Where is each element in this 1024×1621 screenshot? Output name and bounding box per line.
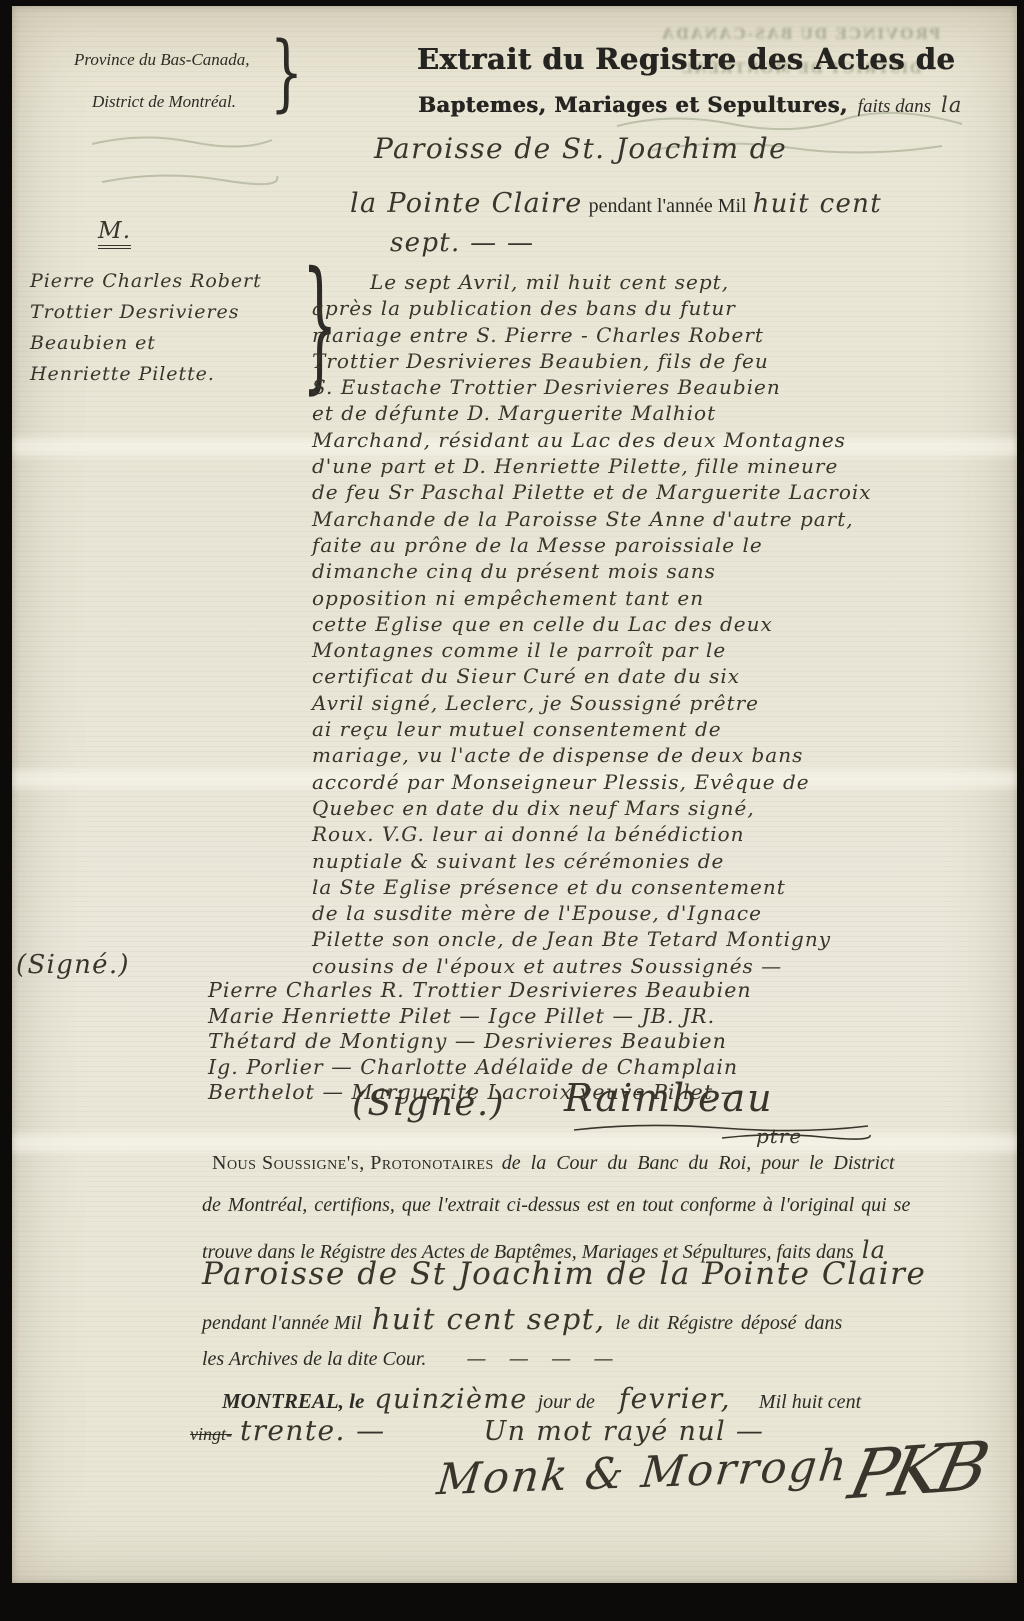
subtitle-handwritten: la bbox=[941, 93, 962, 117]
act-line: et de défunte D. Marguerite Malhiot bbox=[312, 401, 872, 427]
document-paper: PROVINCE DU BAS-CANADA DISTRICT DE MONTR… bbox=[12, 6, 1017, 1583]
act-line: cette Eglise que en celle du Lac des deu… bbox=[312, 612, 872, 638]
cert-line5-printed-1: pendant l'année Mil bbox=[202, 1312, 362, 1335]
act-line: mariage, vu l'acte de dispense de deux b… bbox=[312, 743, 872, 769]
cert-month-handwritten: fevrier, bbox=[619, 1382, 731, 1415]
act-line: Marchande de la Paroisse Ste Anne d'autr… bbox=[312, 507, 872, 533]
margin-m-label: M. bbox=[98, 218, 131, 244]
signe-label-2: (Signé.) bbox=[352, 1084, 505, 1124]
margin-name-line: Beaubien et bbox=[30, 328, 262, 359]
act-line: Marchand, résidant au Lac des deux Monta… bbox=[312, 428, 872, 454]
certification-line-7: MONTREAL, le quinzième jour de fevrier, … bbox=[222, 1382, 861, 1415]
signature-line: Marie Henriette Pilet — Igce Pillet — JB… bbox=[208, 1004, 752, 1030]
act-line: de feu Sr Paschal Pilette et de Margueri… bbox=[312, 480, 872, 506]
header-brace: } bbox=[270, 32, 303, 84]
cert-line1-rest: de la Cour du Banc du Roi, pour le Distr… bbox=[502, 1152, 895, 1175]
province-line: Province du Bas-Canada, bbox=[74, 50, 249, 70]
act-line: Le sept Avril, mil huit cent sept, bbox=[312, 270, 872, 296]
certification-line-6: les Archives de la dite Cour. — — — — bbox=[202, 1346, 622, 1371]
act-line: accordé par Monseigneur Plessis, Evêque … bbox=[312, 770, 872, 796]
margin-name-line: Trottier Desrivieres bbox=[30, 297, 262, 328]
cert-line5-printed-2: le dit Régistre déposé dans bbox=[615, 1312, 842, 1335]
margin-name-line: Henriette Pilette. bbox=[30, 359, 262, 390]
cert-raye-nul-handwritten: Un mot rayé nul — bbox=[483, 1416, 764, 1447]
act-line: Pilette son oncle, de Jean Bte Tetard Mo… bbox=[312, 927, 872, 953]
act-line: Roux. V.G. leur ai donné la bénédiction bbox=[312, 822, 872, 848]
act-line: mariage entre S. Pierre - Charles Robert bbox=[312, 323, 872, 349]
act-line: dimanche cinq du présent mois sans bbox=[312, 559, 872, 585]
act-line: Quebec en date du dix neuf Mars signé, bbox=[312, 796, 872, 822]
act-line: faite au prône de la Messe paroissiale l… bbox=[312, 533, 872, 559]
priest-signature: Raimbeau bbox=[564, 1076, 773, 1120]
cert-mil-huit-cent: Mil huit cent bbox=[759, 1391, 861, 1414]
act-body-text: Le sept Avril, mil huit cent sept,après … bbox=[312, 270, 872, 980]
act-line: Trottier Desrivieres Beaubien, fils de f… bbox=[312, 349, 872, 375]
prothonotary-signature: Monk & Morrogh bbox=[434, 1441, 851, 1506]
cert-day-handwritten: quinzième bbox=[374, 1384, 527, 1415]
parish-line-1: Paroisse de St. Joachim de bbox=[374, 132, 787, 165]
signe-margin-label: (Signé.) bbox=[16, 950, 130, 980]
prothonotary-monogram: PKB bbox=[842, 1428, 990, 1516]
scanned-document-page: { "header": { "province_line1": "Provinc… bbox=[0, 0, 1024, 1621]
certification-line-2: de Montréal, certifions, que l'extrait c… bbox=[202, 1194, 910, 1217]
bleedthrough-scribble bbox=[82, 124, 282, 204]
cert-jour-de: jour de bbox=[538, 1391, 595, 1414]
act-line: cousins de l'époux et autres Soussignés … bbox=[312, 954, 872, 980]
cert-smallcaps: Nous Soussigne's, Protonotaires bbox=[212, 1152, 494, 1175]
signature-flourish bbox=[572, 1118, 872, 1144]
district-line: District de Montréal. bbox=[92, 92, 236, 112]
act-line: de la susdite mère de l'Epouse, d'Ignace bbox=[312, 901, 872, 927]
certification-line-8: vingt- trente. — Un mot rayé nul — bbox=[190, 1414, 764, 1447]
act-line: la Ste Eglise présence et du consentemen… bbox=[312, 875, 872, 901]
document-title: Extrait du Registre des Actes de bbox=[410, 42, 962, 76]
act-line: Avril signé, Leclerc, je Soussigné prêtr… bbox=[312, 691, 872, 717]
act-line: ai reçu leur mutuel consentement de bbox=[312, 717, 872, 743]
act-line: certificat du Sieur Curé en date du six bbox=[312, 664, 872, 690]
certification-line-1: Nous Soussigne's, Protonotaires de la Co… bbox=[212, 1152, 895, 1175]
priest-title: ptre bbox=[756, 1124, 802, 1148]
signature-line: Pierre Charles R. Trottier Desrivieres B… bbox=[208, 978, 752, 1004]
subtitle-bold: Baptemes, Mariages et Sepultures, bbox=[418, 92, 848, 117]
cert-line5-handwritten: huit cent sept, bbox=[372, 1302, 606, 1336]
margin-party-names: Pierre Charles RobertTrottier Desriviere… bbox=[30, 266, 262, 390]
parish-name-handwritten: la Pointe Claire bbox=[350, 188, 583, 219]
cert-vingt-struck: vingt- bbox=[190, 1424, 232, 1445]
act-line: après la publication des bans du futur bbox=[312, 296, 872, 322]
parish-line-3: sept. — — bbox=[390, 228, 534, 258]
act-line: S. Eustache Trottier Desrivieres Beaubie… bbox=[312, 375, 872, 401]
signature-line: Thétard de Montigny — Desrivieres Beaubi… bbox=[208, 1029, 752, 1055]
certification-parish-handwritten: Paroisse de St Joachim de la Pointe Clai… bbox=[202, 1256, 926, 1292]
bleedthrough-text: PROVINCE DU BAS-CANADA bbox=[660, 24, 940, 44]
act-line: nuptiale & suivant les cérémonies de bbox=[312, 849, 872, 875]
parish-printed: pendant l'année Mil bbox=[589, 195, 747, 218]
cert-line6-dashes: — — — — bbox=[466, 1346, 621, 1370]
cert-trente-handwritten: trente. — bbox=[240, 1414, 385, 1447]
parish-year-handwritten: huit cent bbox=[753, 189, 882, 219]
parish-line-2: la Pointe Claire pendant l'année Mil hui… bbox=[350, 188, 882, 219]
document-subtitle: Baptemes, Mariages et Sepultures, faits … bbox=[418, 92, 962, 118]
cert-line6-printed: les Archives de la dite Cour. bbox=[202, 1348, 426, 1371]
act-line: opposition ni empêchement tant en bbox=[312, 586, 872, 612]
subtitle-italic: faits dans bbox=[858, 96, 931, 118]
act-line: Montagnes comme il le parroît par le bbox=[312, 638, 872, 664]
act-line: d'une part et D. Henriette Pilette, fill… bbox=[312, 454, 872, 480]
certification-line-5: pendant l'année Mil huit cent sept, le d… bbox=[202, 1302, 842, 1336]
cert-city: MONTREAL, le bbox=[222, 1389, 364, 1414]
margin-name-line: Pierre Charles Robert bbox=[30, 266, 262, 297]
